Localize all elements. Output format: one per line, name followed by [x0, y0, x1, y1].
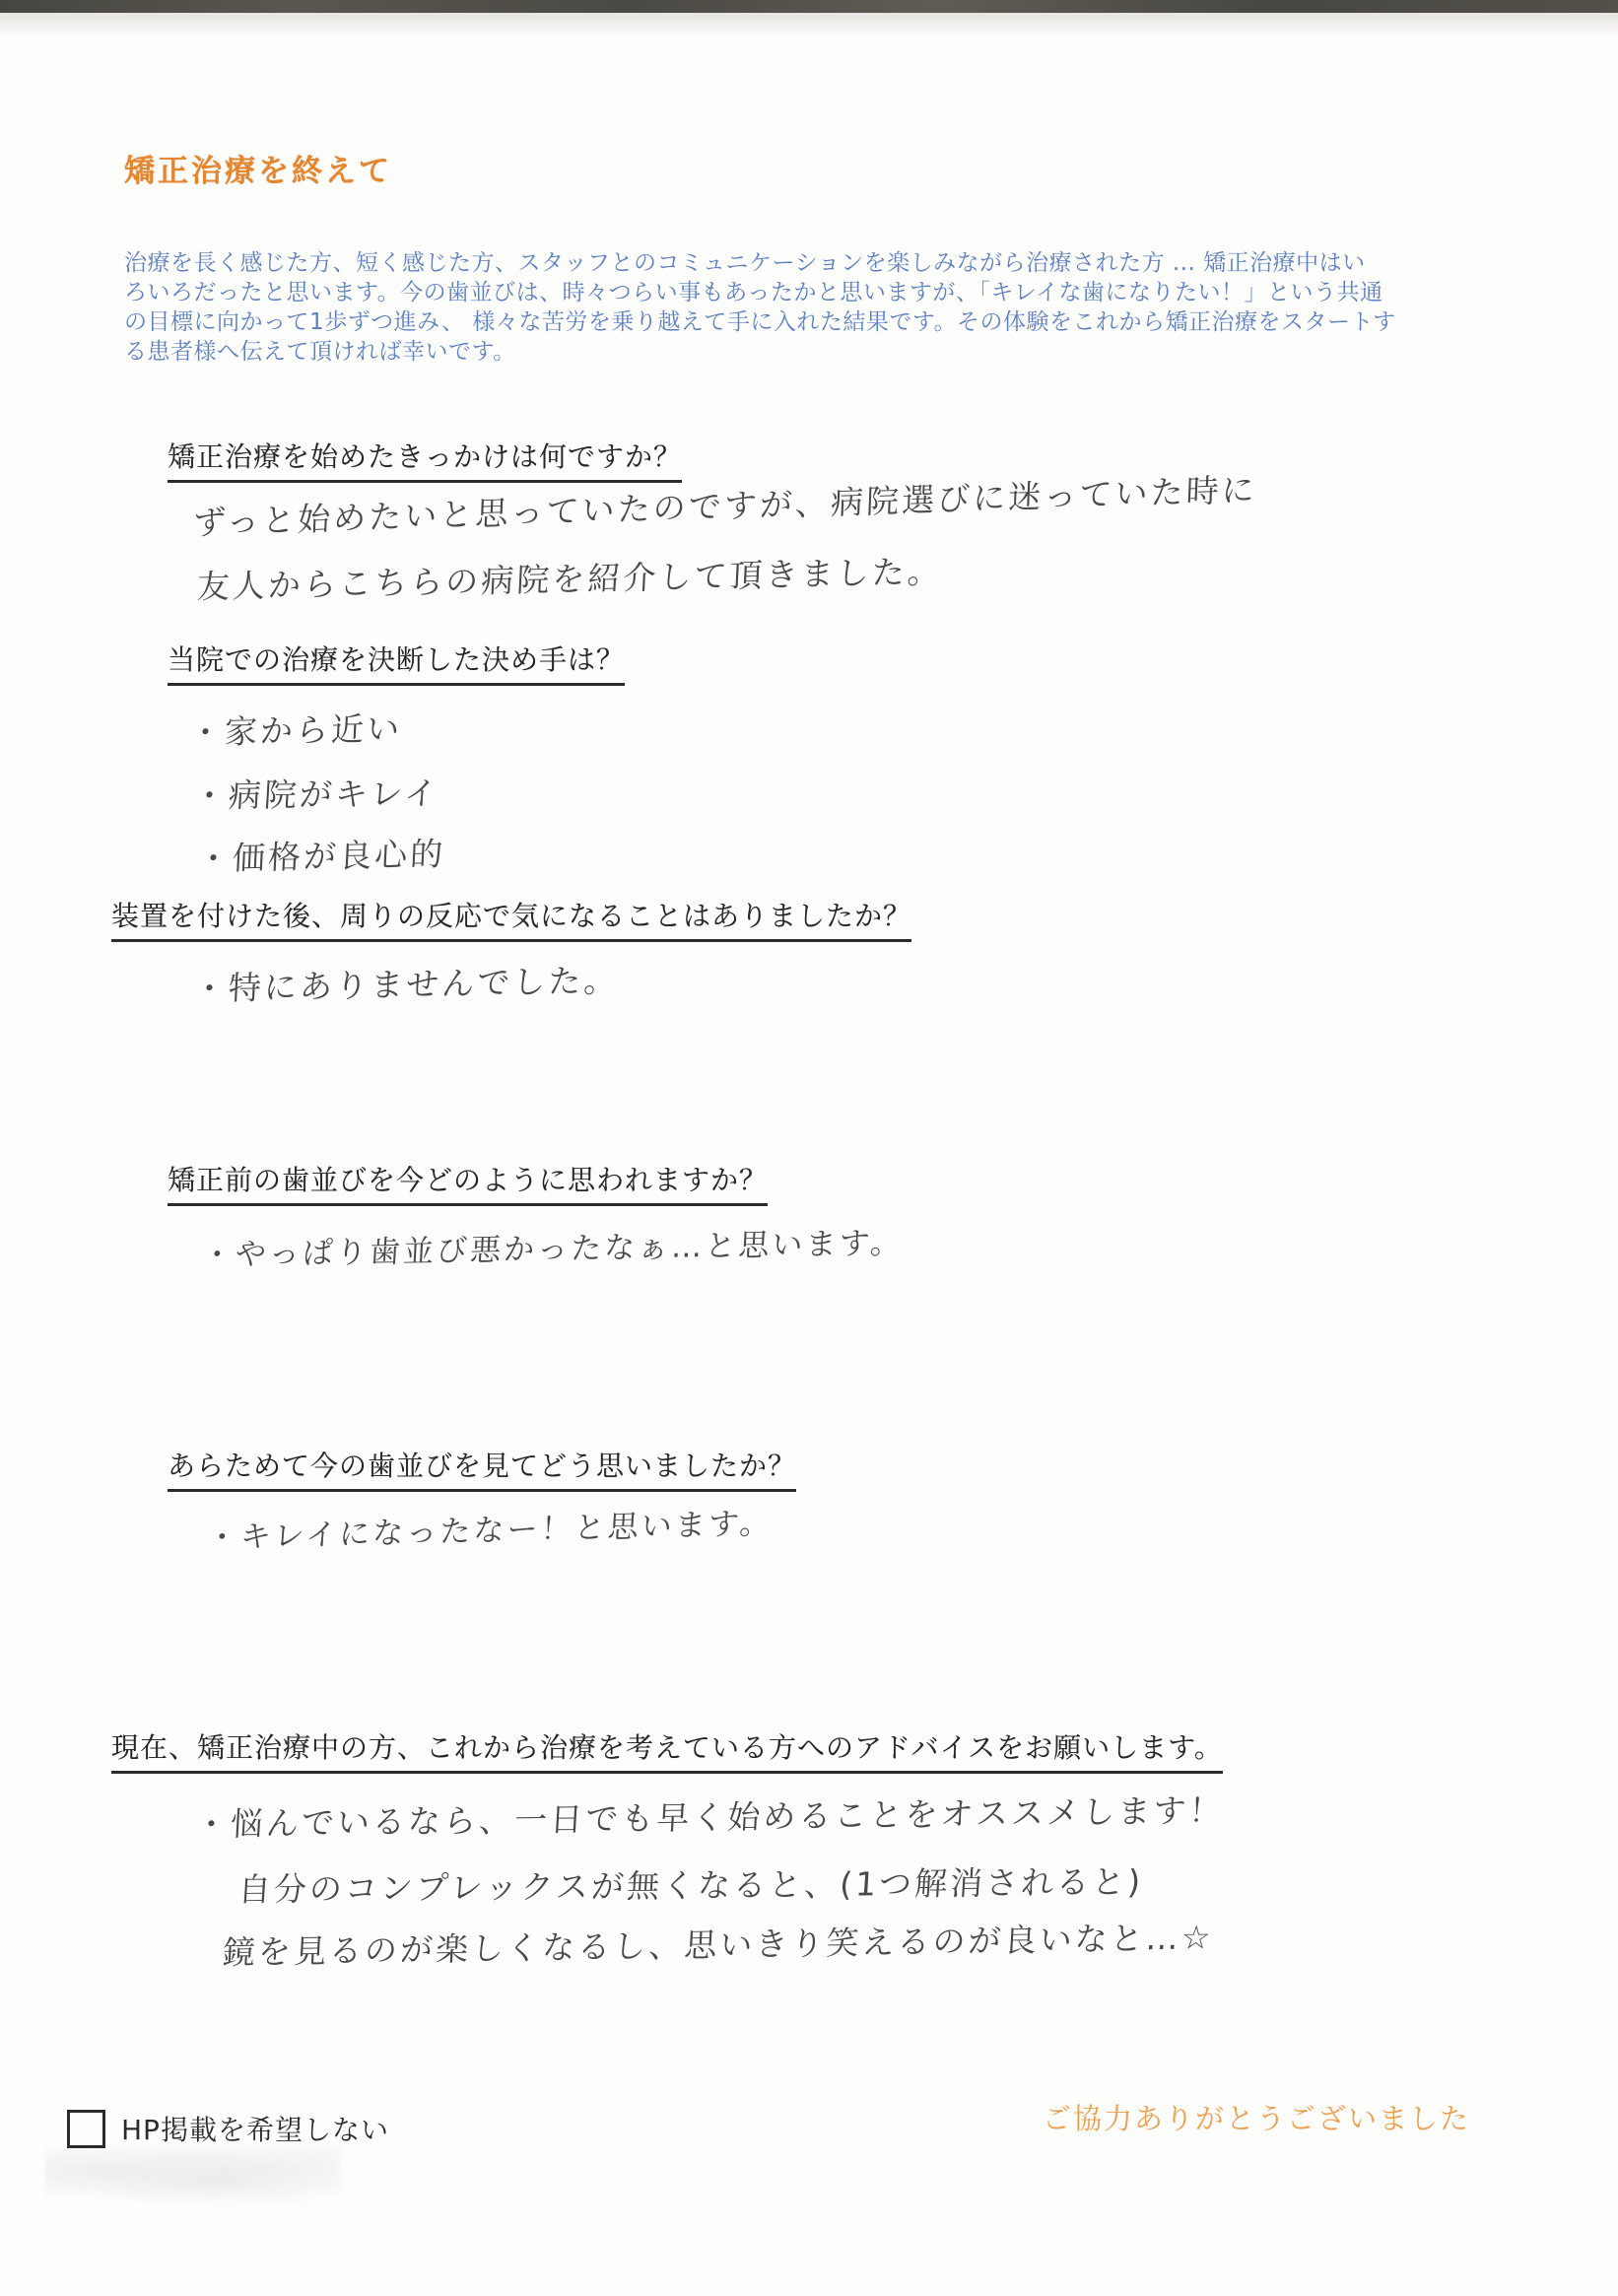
hp-consent-row: HP掲載を希望しない: [67, 2109, 389, 2148]
question-2-label: 当院での治療を決断した決め手は？: [168, 639, 625, 686]
question-2-answer-line-2: ・病院がキレイ: [192, 768, 441, 817]
question-4-label: 矯正前の歯並びを今どのように思われますか？: [168, 1159, 768, 1206]
question-6-label: 現在、矯正治療中の方、これから治療を考えている方へのアドバイスをお願いします。: [111, 1726, 1223, 1774]
intro-paragraph: 治療を長く感じた方、短く感じた方、スタッフとのコミュニケーションを楽しみながら治…: [124, 248, 1396, 367]
question-1-label: 矯正治療を始めたきっかけは何ですか？: [168, 436, 682, 483]
thanks-note: ご協力ありがとうございました: [1043, 2097, 1470, 2137]
question-6-answer-line-1: ・悩んでいるなら、一日でも早く始めることをオススメします！: [194, 1785, 1226, 1846]
question-2-answer-line-3: ・価格が良心的: [196, 829, 447, 880]
intro-line-3: の目標に向かって1歩ずつ進み、 様々な苦労を乗り越えて手に入れた結果です。その体…: [124, 307, 1396, 337]
question-5-label: あらためて今の歯並びを見てどう思いましたか？: [168, 1445, 796, 1492]
scan-bleed-artifact: [45, 2146, 341, 2207]
question-2-answer-line-1: ・家から近い: [188, 703, 404, 754]
question-5-answer-line-1: ・キレイになったなー！と思います。: [206, 1498, 775, 1557]
question-1-answer-line-2: 友人からこちらの病院を紹介して頂きました。: [196, 546, 944, 608]
hp-consent-label: HP掲載を希望しない: [121, 2109, 389, 2148]
question-4-answer-line-1: ・やっぱり歯並び悪かったなぁ…と思います。: [201, 1218, 906, 1274]
scanner-edge-artifact: [0, 0, 1618, 13]
question-6-answer-line-2: 自分のコンプレックスが無くなると、(1つ解消されると): [237, 1857, 1145, 1911]
intro-line-2: ろいろだったと思います。今の歯並びは、時々つらい事もあったかと思いますが、「キレ…: [124, 278, 1396, 307]
question-3-label: 装置を付けた後、周りの反応で気になることはありましたか？: [111, 895, 911, 942]
question-3-answer-line-1: ・特にありませんでした。: [192, 955, 621, 1010]
question-6-answer-line-3: 鏡を見るのが楽しくなるし、思いきり笑えるのが良いなと…☆: [222, 1912, 1215, 1974]
scanner-shadow-artifact: [0, 13, 1618, 38]
scanned-questionnaire-page: 矯正治療を終えて 治療を長く感じた方、短く感じた方、スタッフとのコミュニケーショ…: [0, 0, 1618, 2296]
intro-line-1: 治療を長く感じた方、短く感じた方、スタッフとのコミュニケーションを楽しみながら治…: [124, 248, 1396, 278]
hp-consent-checkbox[interactable]: [67, 2110, 105, 2148]
intro-line-4: る患者様へ伝えて頂ければ幸いです。: [124, 337, 1396, 367]
page-title: 矯正治療を終えて: [124, 146, 392, 190]
